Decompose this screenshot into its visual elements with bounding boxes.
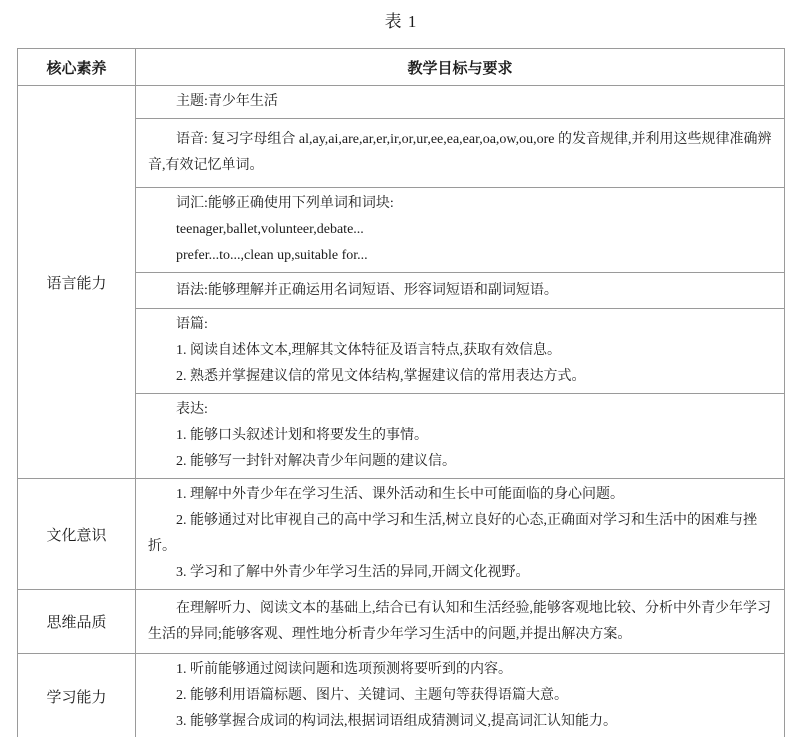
text-line: 在理解听力、阅读文本的基础上,结合已有认知和生活经验,能够客观地比较、分析中外青… [148, 596, 776, 648]
text-line: 2. 熟悉并掌握建议信的常见文体结构,掌握建议信的常用表达方式。 [148, 364, 776, 390]
table-header-row: 核心素养 教学目标与要求 [18, 49, 785, 86]
cell-thinking-quality: 在理解听力、阅读文本的基础上,结合已有认知和生活经验,能够客观地比较、分析中外青… [136, 590, 785, 654]
cell-theme: 主题:青少年生活 [136, 86, 785, 119]
competency-cultural-awareness: 文化意识 [18, 479, 136, 590]
text-line: 3. 能够掌握合成词的构词法,根据词语组成猜测词义,提高词汇认知能力。 [148, 709, 776, 735]
header-teaching-objectives: 教学目标与要求 [136, 49, 785, 86]
text-line: 表达: [148, 397, 776, 423]
table-row: 思维品质 在理解听力、阅读文本的基础上,结合已有认知和生活经验,能够客观地比较、… [18, 590, 785, 654]
text-line: 词汇:能够正确使用下列单词和词块: [148, 191, 776, 217]
text-line: 2. 能够通过对比审视自己的高中学习和生活,树立良好的心态,正确面对学习和生活中… [148, 508, 776, 560]
cell-vocabulary: 词汇:能够正确使用下列单词和词块: teenager,ballet,volunt… [136, 188, 785, 273]
text-line: 1. 阅读自述体文本,理解其文体特征及语言特点,获取有效信息。 [148, 338, 776, 364]
document-page: 表 1 核心素养 教学目标与要求 语言能力 主题:青少年生活 语音: 复习字母组… [0, 0, 802, 737]
text-line: 语篇: [148, 312, 776, 338]
cell-expression: 表达: 1. 能够口头叙述计划和将要发生的事情。 2. 能够写一封针对解决青少年… [136, 394, 785, 479]
competency-language-ability: 语言能力 [18, 86, 136, 479]
text-line: prefer...to...,clean up,suitable for... [148, 243, 776, 269]
text-line: 2. 能够利用语篇标题、图片、关键词、主题句等获得语篇大意。 [148, 683, 776, 709]
cell-discourse: 语篇: 1. 阅读自述体文本,理解其文体特征及语言特点,获取有效信息。 2. 熟… [136, 309, 785, 394]
text-line: 1. 听前能够通过阅读问题和选项预测将要听到的内容。 [148, 657, 776, 683]
cell-phonetics: 语音: 复习字母组合 al,ay,ai,are,ar,er,ir,or,ur,e… [136, 119, 785, 188]
competency-thinking-quality: 思维品质 [18, 590, 136, 654]
competency-learning-ability: 学习能力 [18, 654, 136, 737]
table-row: 学习能力 1. 听前能够通过阅读问题和选项预测将要听到的内容。 2. 能够利用语… [18, 654, 785, 737]
competency-table: 核心素养 教学目标与要求 语言能力 主题:青少年生活 语音: 复习字母组合 al… [17, 48, 785, 737]
text-line: 1. 能够口头叙述计划和将要发生的事情。 [148, 423, 776, 449]
table-row: 语言能力 主题:青少年生活 [18, 86, 785, 119]
text-line: 主题:青少年生活 [148, 89, 776, 115]
header-core-competency: 核心素养 [18, 49, 136, 86]
text-line: 语音: 复习字母组合 al,ay,ai,are,ar,er,ir,or,ur,e… [148, 127, 776, 179]
table-row: 文化意识 1. 理解中外青少年在学习生活、课外活动和生长中可能面临的身心问题。 … [18, 479, 785, 590]
text-line: 1. 理解中外青少年在学习生活、课外活动和生长中可能面临的身心问题。 [148, 482, 776, 508]
cell-grammar: 语法:能够理解并正确运用名词短语、形容词短语和副词短语。 [136, 273, 785, 309]
cell-cultural-awareness: 1. 理解中外青少年在学习生活、课外活动和生长中可能面临的身心问题。 2. 能够… [136, 479, 785, 590]
table-caption: 表 1 [0, 0, 802, 48]
text-line: 语法:能够理解并正确运用名词短语、形容词短语和副词短语。 [148, 278, 776, 304]
text-line: teenager,ballet,volunteer,debate... [148, 217, 776, 243]
cell-learning-ability: 1. 听前能够通过阅读问题和选项预测将要听到的内容。 2. 能够利用语篇标题、图… [136, 654, 785, 737]
text-line: 3. 学习和了解中外青少年学习生活的异同,开阔文化视野。 [148, 560, 776, 586]
text-line: 2. 能够写一封针对解决青少年问题的建议信。 [148, 449, 776, 475]
